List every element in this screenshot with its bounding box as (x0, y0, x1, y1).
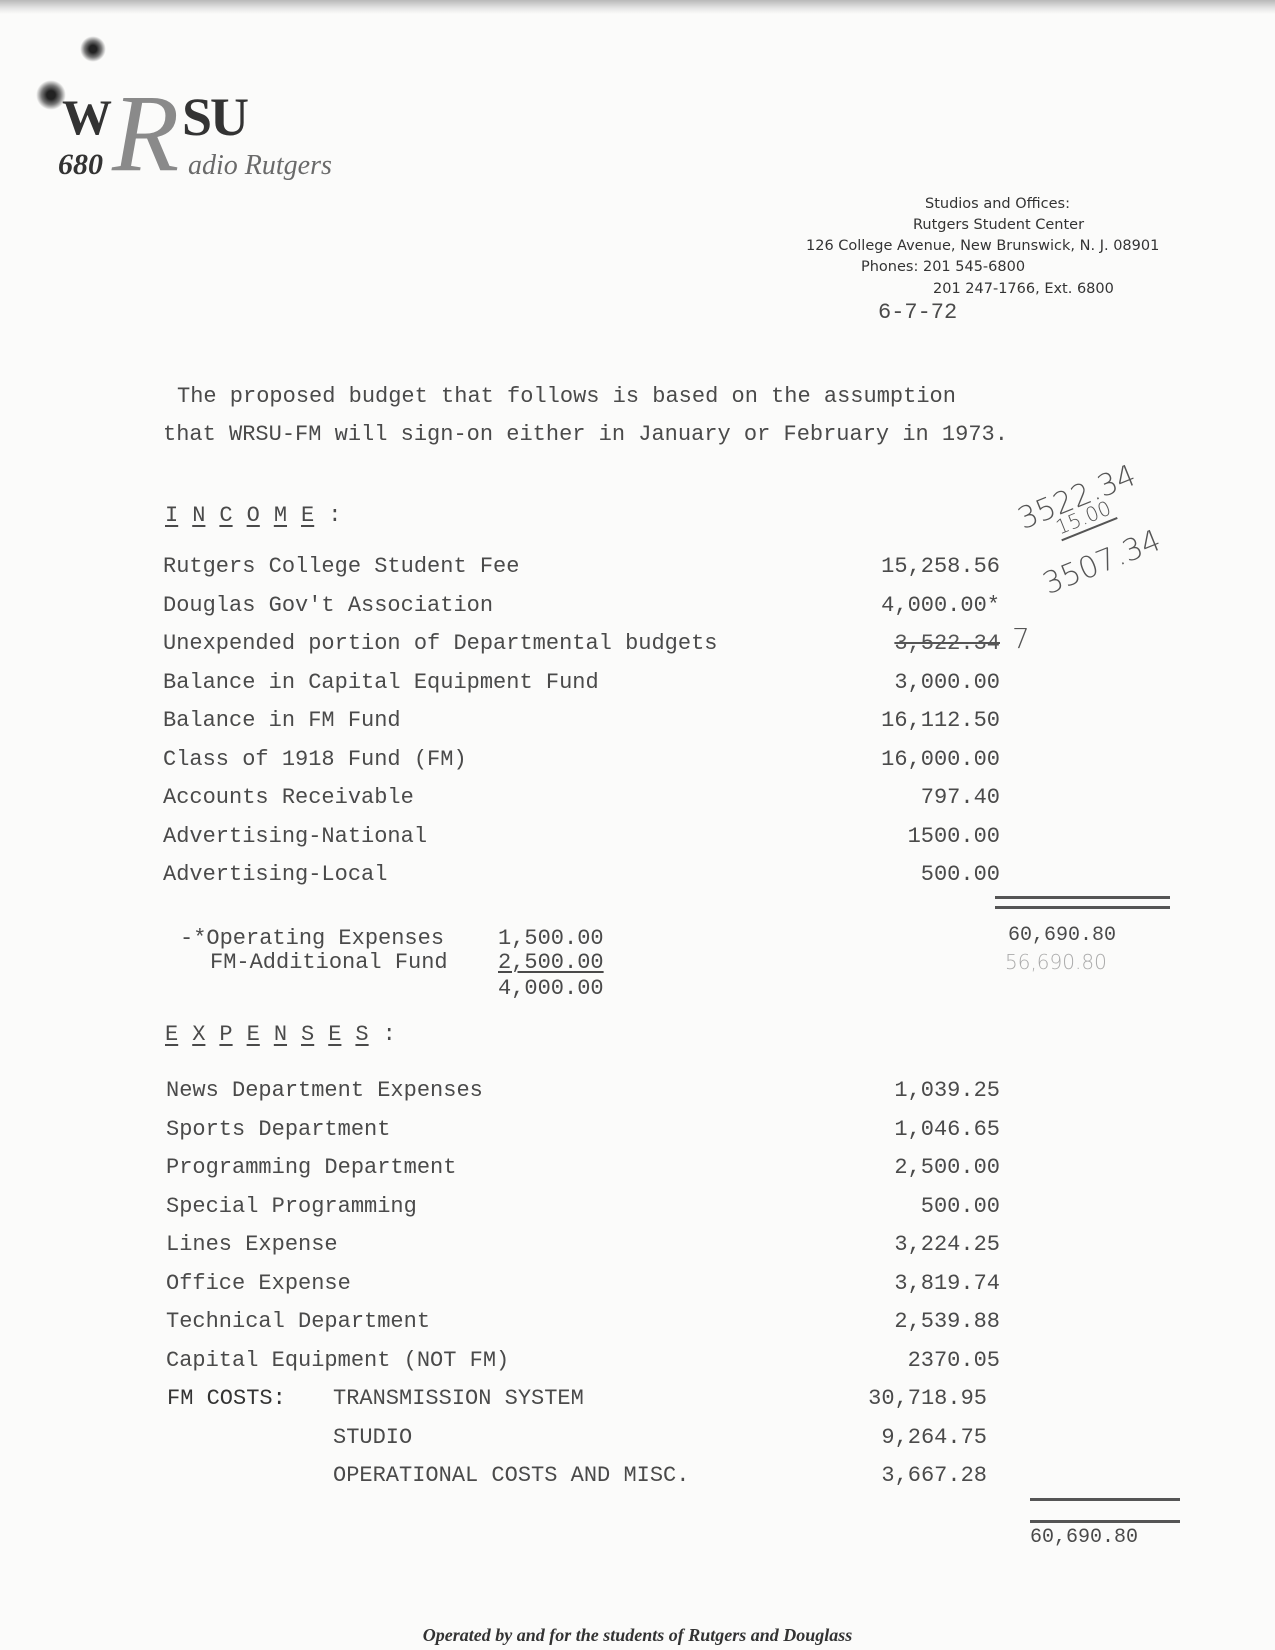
address-line: 126 College Avenue, New Brunswick, N. J.… (806, 238, 1159, 254)
income-item-amount: 4,000.00* (820, 593, 1000, 618)
fm-cost-item-label: STUDIO (333, 1425, 412, 1450)
income-item-amount: 3,000.00 (820, 670, 1000, 695)
income-item-amount: 500.00 (820, 862, 1000, 887)
expense-item-label: Office Expense (166, 1271, 351, 1296)
income-item-amount: 1500.00 (820, 824, 1000, 849)
ink-blot (80, 36, 106, 62)
heading-letter: P (219, 1022, 232, 1047)
total-rule (1030, 1520, 1180, 1523)
expense-item-amount: 3,224.25 (820, 1232, 1000, 1257)
income-item-label: Accounts Receivable (163, 785, 414, 810)
expense-item-amount: 2,539.88 (820, 1309, 1000, 1334)
income-item-label: Advertising-National (163, 824, 427, 849)
total-rule (1030, 1498, 1180, 1501)
heading-letter: N (274, 1022, 287, 1047)
heading-letter: N (192, 503, 205, 528)
income-item-amount: 797.40 (820, 785, 1000, 810)
footnote-sum: 4,000.00 (498, 976, 604, 1001)
income-item-amount: 16,000.00 (820, 747, 1000, 772)
intro-line: The proposed budget that follows is base… (177, 384, 956, 409)
expense-item-label: Programming Department (166, 1155, 456, 1180)
phone-line: Phones: 201 545-6800 (861, 259, 1025, 275)
income-item-label: Douglas Gov't Association (163, 593, 493, 618)
fm-cost-item-amount: 3,667.28 (807, 1463, 987, 1488)
logo-r: R (112, 78, 179, 188)
address-line: Rutgers Student Center (913, 217, 1084, 233)
footer-tagline: Operated by and for the students of Rutg… (0, 1625, 1275, 1646)
fm-cost-item-amount: 30,718.95 (807, 1386, 987, 1411)
heading-letter: M (274, 503, 287, 528)
logo-frequency: 680 (58, 148, 103, 182)
heading-letter: E (328, 1022, 341, 1047)
heading-colon: : (383, 1022, 396, 1047)
phone-line: 201 247-1766, Ext. 6800 (933, 281, 1114, 297)
scan-edge (0, 0, 1275, 14)
expense-item-amount: 1,046.65 (820, 1117, 1000, 1142)
heading-letter: E (247, 1022, 260, 1047)
expense-item-label: Capital Equipment (NOT FM) (166, 1348, 509, 1373)
expense-item-amount: 2,500.00 (820, 1155, 1000, 1180)
fm-cost-item-amount: 9,264.75 (807, 1425, 987, 1450)
heading-letter: X (192, 1022, 205, 1047)
income-item-amount: 16,112.50 (820, 708, 1000, 733)
logo-w: W (62, 88, 110, 146)
logo-tagline: adio Rutgers (188, 150, 332, 182)
income-item-label: Balance in FM Fund (163, 708, 401, 733)
footnote-amount: 1,500.00 (498, 926, 604, 951)
fm-cost-item-label: TRANSMISSION SYSTEM (333, 1386, 584, 1411)
total-rule (995, 906, 1170, 909)
footnote-label: -*Operating Expenses (180, 926, 444, 951)
expense-item-label: Lines Expense (166, 1232, 338, 1257)
expenses-heading: EXPENSES: (165, 1022, 396, 1047)
income-item-amount: 3,522.34 (820, 631, 1000, 656)
heading-letter: E (165, 1022, 178, 1047)
income-total: 60,690.80 (1008, 924, 1116, 947)
income-item-amount: 15,258.56 (820, 554, 1000, 579)
expense-item-label: Technical Department (166, 1309, 430, 1334)
fm-cost-item-label: OPERATIONAL COSTS AND MISC. (333, 1463, 689, 1488)
expense-item-label: Special Programming (166, 1194, 417, 1219)
heading-letter: E (301, 503, 314, 528)
heading-letter: C (219, 503, 232, 528)
document-date: 6-7-72 (878, 300, 957, 325)
handwritten-total: 56,690.80 (1005, 950, 1107, 974)
handwritten-arrow: 7 (1012, 622, 1030, 655)
handwritten-note: 3507.34 (1038, 523, 1166, 602)
intro-line: that WRSU-FM will sign-on either in Janu… (163, 422, 1008, 447)
expense-item-label: Sports Department (166, 1117, 390, 1142)
footnote-label: FM-Additional Fund (210, 950, 448, 975)
expense-item-amount: 1,039.25 (820, 1078, 1000, 1103)
heading-letter: I (165, 503, 178, 528)
income-item-label: Class of 1918 Fund (FM) (163, 747, 467, 772)
heading-colon: : (328, 503, 341, 528)
income-item-label: Rutgers College Student Fee (163, 554, 519, 579)
expense-item-amount: 2370.05 (820, 1348, 1000, 1373)
footnote-amount: 2,500.00 (498, 950, 604, 975)
heading-letter: S (301, 1022, 314, 1047)
logo-su: SU (182, 86, 247, 148)
income-item-label: Unexpended portion of Departmental budge… (163, 631, 718, 656)
heading-letter: O (247, 503, 260, 528)
heading-letter: S (355, 1022, 368, 1047)
expense-item-amount: 3,819.74 (820, 1271, 1000, 1296)
expense-item-amount: 500.00 (820, 1194, 1000, 1219)
expense-item-label: News Department Expenses (166, 1078, 483, 1103)
expenses-total: 60,690.80 (1030, 1526, 1138, 1549)
income-item-label: Advertising-Local (163, 862, 387, 887)
income-item-label: Balance in Capital Equipment Fund (163, 670, 599, 695)
total-rule (995, 896, 1170, 899)
income-heading: INCOME: (165, 503, 341, 528)
fm-costs-label: FM COSTS: (167, 1386, 286, 1411)
address-line: Studios and Offices: (925, 196, 1070, 212)
